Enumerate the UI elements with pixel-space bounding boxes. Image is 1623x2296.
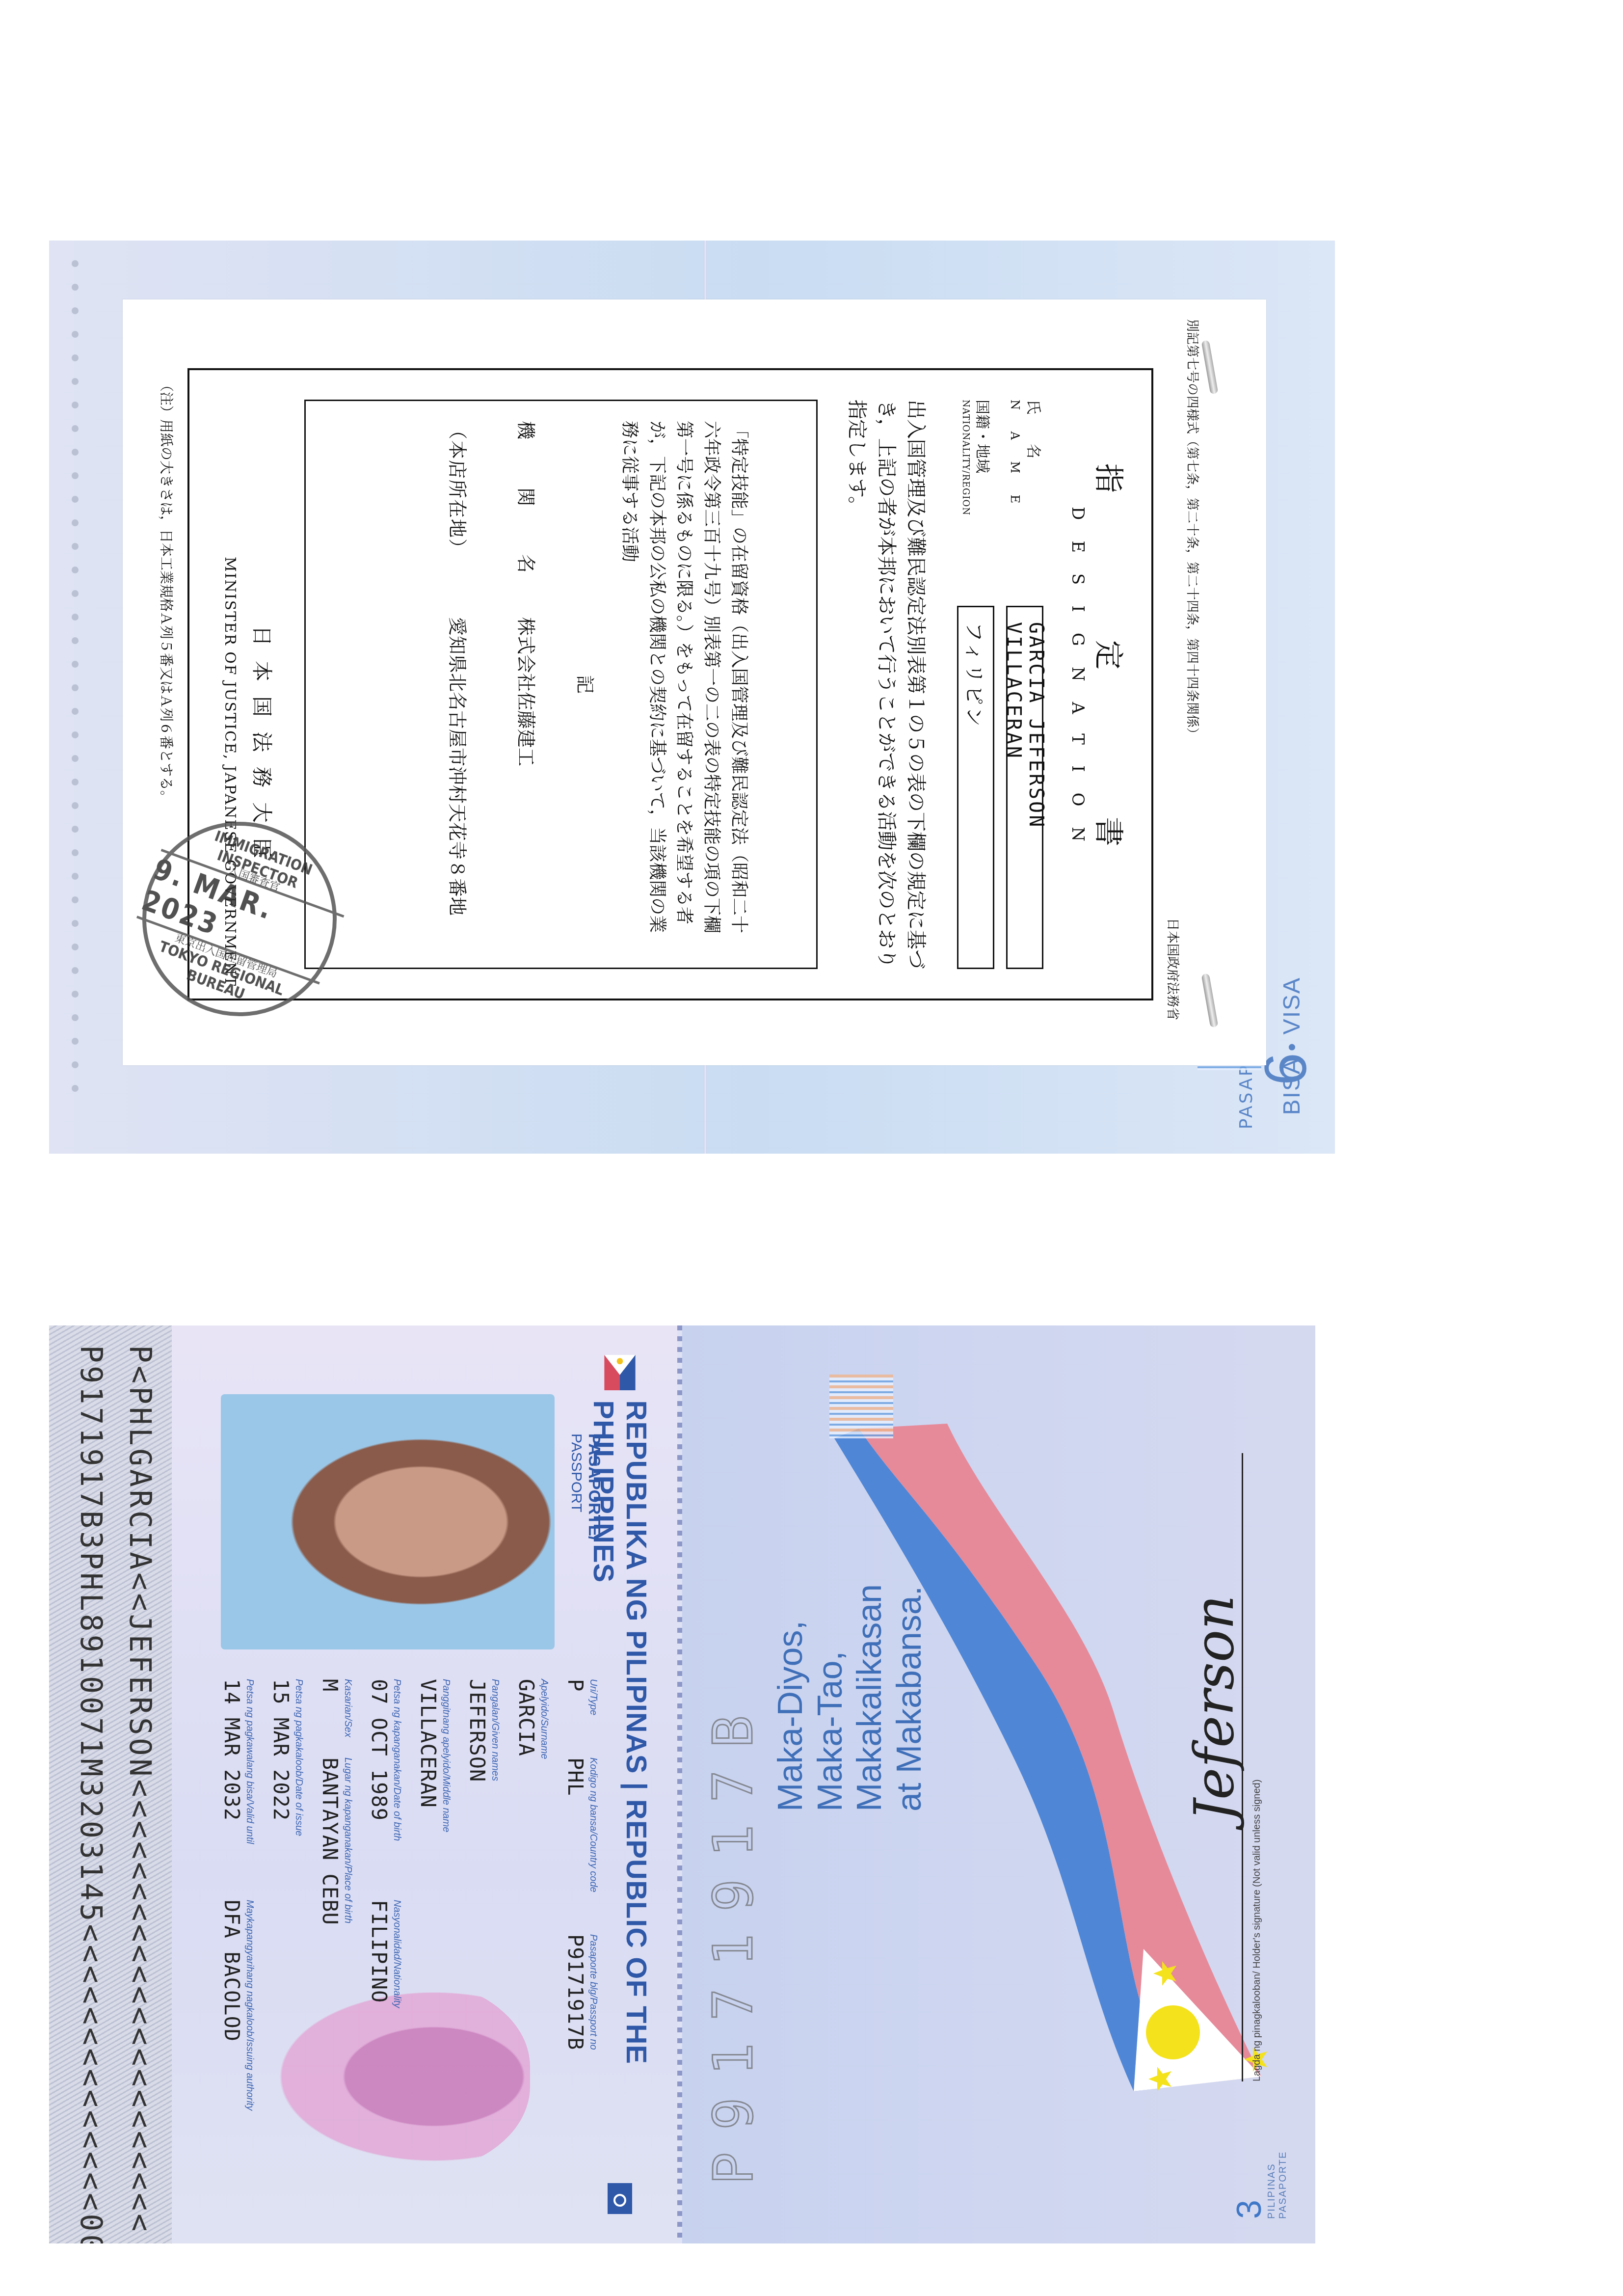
field-value: PHL [563,1757,587,1892]
signature-line [1242,1453,1243,2081]
visa-page-spread: PASAPORTE 6 BISA • VISA 別記第七号の四様式（第七条，第二… [49,241,1335,1154]
holder-photo [221,1394,555,1649]
perforation-dot [72,614,79,621]
perforation-dot [72,637,79,644]
page-label: PASAPORTE [1277,2151,1289,2219]
staple-icon [1201,973,1219,1027]
document-label: PASAPORTE/ PASSPORT [568,1433,604,1541]
nationality-label: 国籍・地域 NATIONALITY/REGION [959,400,992,606]
name-label-jp: 氏 名 [1025,400,1042,459]
org-name-row: 機 関 名 株式会社佐藤建工 [514,421,541,948]
passport-bio-page: REPUBLIKA NG PILIPINAS | REPUBLIC OF THE… [49,1325,677,2243]
field-country-code: Kodigo ng bansa/Country code PHL [563,1757,599,1892]
visa-label: BISA • VISA [1278,977,1305,1115]
field-label: Maykapangyarihang nagkaloob/Issuing auth… [244,1900,255,2110]
field-value: FILIPINO [367,1900,391,2008]
field-value: DFA BACOLOD [220,1900,244,2110]
field-value: P [563,1679,587,1715]
field-value: VILLACERAN [416,1679,440,1832]
perforation-dot [72,944,79,950]
page-number-mark: 3 PILIPINAS PASAPORTE [1232,2151,1289,2219]
perforation-dot [72,1061,79,1068]
motto-line: at Makabansa. [889,1584,929,1811]
perforation-row [72,260,79,1092]
field-label: Uri/Type [587,1679,599,1715]
perforation-dot [72,1038,79,1045]
field-given-names: Pangalan/Given names JEFERSON [465,1679,501,1782]
perforation-dot [72,590,79,597]
field-value: M [318,1679,342,1737]
hologram-icon [829,1375,893,1438]
activity-frame: 「特定技能」の在留資格（出入国管理及び難民認定法（昭和二十六年政令第三百十九号）… [304,400,818,969]
field-date-of-issue: Petsa ng pagkakaloob/Date of issue 15 MA… [269,1679,304,1836]
field-value: 07 OCT 1989 [367,1679,391,1841]
visa-page-canvas: PASAPORTE 6 BISA • VISA 別記第七号の四様式（第七条，第二… [49,241,1335,1154]
nationality-label-jp: 国籍・地域 [974,400,991,473]
field-value: P9171917B [563,1934,587,2051]
field-label: Kasarian/Sex [342,1679,353,1737]
perforation-dot [72,1085,79,1092]
perforation-dot [72,425,79,432]
field-value: 15 MAR 2022 [269,1679,293,1836]
field-value: BANTAYAN CEBU [318,1757,342,1925]
perforation-dot [72,991,79,998]
passport-data-canvas: P9171917B Maka-Diyos, Maka-Tao, Makakali… [49,1325,1315,2243]
page-label: PILIPINAS [1266,2151,1277,2219]
perforation-dot [72,567,79,573]
field-label: Lugar ng kapanganakan/Place of birth [342,1757,353,1925]
page-fold [677,1325,682,2243]
paper-size-note: （注）用紙の大きさは，日本工業規格Ａ列５番又はＡ列６番とする。 [157,378,177,804]
perforation-dot [72,826,79,833]
field-label: Apelyido/Surname [538,1679,550,1759]
perforation-dot [72,519,79,526]
perforation-dot [72,1014,79,1021]
field-label: Panggitnang apelyido/Middle name [440,1679,452,1832]
holder-signature: Jeferson [1183,1595,1246,1821]
perforation-dot [72,755,79,762]
perforation-dot [72,307,79,314]
perforation-dot [72,472,79,479]
field-surname: Apelyido/Surname GARCIA [514,1679,550,1759]
perforation-dot [72,354,79,361]
perforated-passport-number: P9171917B [702,1693,765,2185]
perforation-dot [72,967,79,974]
field-sex: Kasarian/Sex M [318,1679,353,1737]
field-type: Uri/Type P [563,1679,599,1715]
passport-data-spread: P9171917B Maka-Diyos, Maka-Tao, Makakali… [49,1325,1315,2243]
field-label: Pasaporte blg/Passport no [587,1934,599,2051]
ki-mark: 記 [573,401,600,968]
field-date-of-expiry: Petsa ng pagkawalang bisa/Valid until 14… [220,1679,255,1844]
page-number: 3 [1232,2151,1266,2219]
signature-caption: Lagda ng pinagkalooban/ Holder's signatu… [1251,1780,1263,2081]
nationality-label-en: NATIONALITY/REGION [959,400,971,606]
perforation-dot [72,402,79,408]
field-value: JEFERSON [465,1679,489,1782]
perforation-dot [72,543,79,550]
nationality-value: フィリピン [957,606,994,969]
perforation-dot [72,378,79,385]
document-label-2: PASSPORT [568,1433,585,1541]
field-label: Kodigo ng bansa/Country code [587,1757,599,1892]
issuer-reference: 日本国政府法務省 [1165,918,1183,1020]
field-date-of-birth: Petsa ng kapanganakan/Date of birth 07 O… [367,1679,402,1841]
perforation-dot [72,849,79,856]
perforation-dot [72,873,79,880]
field-place-of-birth: Lugar ng kapanganakan/Place of birth BAN… [318,1757,353,1925]
perforation-dot [72,331,79,338]
field-label: Nasyonalidad/Nationality [391,1900,402,2008]
motto-line: Makakalikasan [850,1584,889,1811]
document-label-1: PASAPORTE/ [585,1433,604,1541]
epassport-chip-icon [608,2183,632,2214]
perforation-dot [72,779,79,785]
perforation-dot [72,920,79,927]
name-value: GARCIA JEFERSON VILLACERAN [1006,606,1043,969]
mrz-line-1: P<PHLGARCIA<<JEFERSON<<<<<<<<<<<<<<<<<<<… [123,1345,157,2224]
org-address-value: 愛知県北名古屋市沖村天花寺８番地 [446,617,473,916]
name-label-en: N A M E [1006,400,1023,606]
preamble-text: 出入国管理及び難民認定法別表第１の５の表の下欄の規定に基づき，上記の者が本邦にお… [842,400,931,969]
org-address-row: （本店所在地） 愛知県北名古屋市沖村天花寺８番地 [446,421,473,948]
perforation-dot [72,284,79,291]
document-title-en: DESIGNATION [1068,370,1088,999]
activity-text: 「特定技能」の在留資格（出入国管理及び難民認定法（昭和二十六年政令第三百十九号）… [615,421,752,948]
field-passport-no: Pasaporte blg/Passport no P9171917B [563,1934,599,2051]
mrz-line-2: P9171917B3PHL8910071M3203145<<<<<<<<<<<<… [74,1345,108,2224]
perforation-dot [72,708,79,715]
document-title: 指 定 書 [1090,370,1132,999]
org-address-label: （本店所在地） [446,421,473,617]
org-name-value: 株式会社佐藤建工 [514,617,541,766]
field-issuing-authority: Maykapangyarihang nagkaloob/Issuing auth… [220,1900,255,2110]
org-name-label: 機 関 名 [514,421,541,617]
field-middle-name: Panggitnang apelyido/Middle name VILLACE… [416,1679,452,1832]
designation-frame: 指 定 書 DESIGNATION 氏 名 N A M E GARCIA JEF… [187,368,1153,1000]
form-reference: 別記第七号の四様式（第七条，第二十条，第二十四条，第四十四条関係） [1184,319,1202,740]
field-label: Petsa ng kapanganakan/Date of birth [391,1679,402,1841]
passport-page-3: P9171917B Maka-Diyos, Maka-Tao, Makakali… [682,1325,1315,2243]
flag-icon [603,1355,637,1390]
field-value: 14 MAR 2032 [220,1679,244,1844]
perforation-dot [72,684,79,691]
perforation-dot [72,260,79,267]
perforation-dot [72,661,79,668]
national-motto: Maka-Diyos, Maka-Tao, Makakalikasan at M… [771,1584,929,1811]
field-nationality: Nasyonalidad/Nationality FILIPINO [367,1900,402,2008]
field-label: Pangalan/Given names [489,1679,501,1782]
name-row: 氏 名 N A M E GARCIA JEFERSON VILLACERAN [1006,400,1043,969]
field-label: Petsa ng pagkakaloob/Date of issue [293,1679,304,1836]
staple-icon [1201,340,1219,394]
name-label: 氏 名 N A M E [1006,400,1043,606]
perforation-dot [72,496,79,503]
motto-line: Maka-Tao, [810,1584,850,1811]
perforation-dot [72,449,79,456]
designation-document: 別記第七号の四様式（第七条，第二十条，第二十四条，第四十四条関係） 日本国政府法… [123,299,1266,1065]
nationality-row: 国籍・地域 NATIONALITY/REGION フィリピン [957,400,994,969]
perforation-dot [72,802,79,809]
perforation-dot [72,896,79,903]
field-label: Petsa ng pagkawalang bisa/Valid until [244,1679,255,1844]
field-value: GARCIA [514,1679,538,1759]
motto-line: Maka-Diyos, [771,1584,810,1811]
perforation-dot [72,731,79,738]
